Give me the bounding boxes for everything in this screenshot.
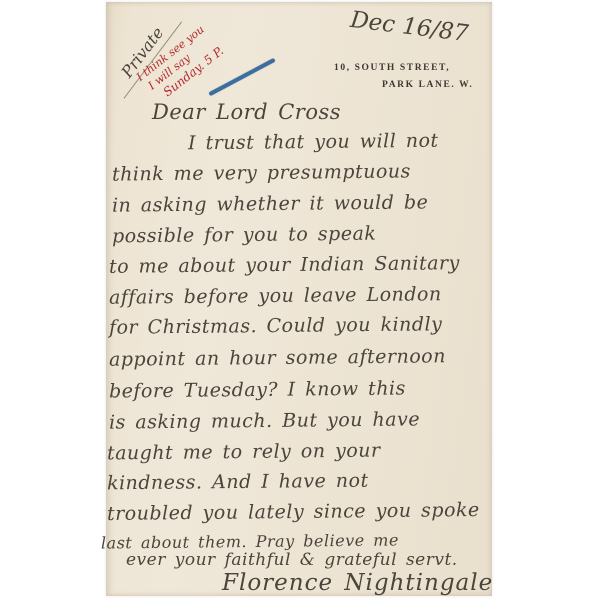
body-line: I trust that you will not <box>188 132 439 154</box>
blue-pencil-mark <box>208 58 275 96</box>
signature: Florence Nightingale <box>222 572 493 595</box>
body-line: for Christmas. Could you kindly <box>109 315 443 337</box>
letterhead-district: PARK LANE. W. <box>382 80 473 90</box>
body-line: troubled you lately since you spoke <box>107 501 480 524</box>
body-line: before Tuesday? I know this <box>109 379 406 401</box>
body-line: last about them. Pray believe me <box>101 532 399 551</box>
body-line: in asking whether it would be <box>112 193 429 215</box>
body-line: appoint an hour some afternoon <box>109 347 446 370</box>
body-line: to me about your Indian Sanitary <box>109 254 460 277</box>
closing-line: ever your faithful & grateful servt. <box>126 552 458 569</box>
body-line: taught me to rely on your <box>107 442 381 464</box>
letterhead-street: 10, SOUTH STREET, <box>334 63 450 73</box>
scan-background: Private I think see you I will say Sunda… <box>0 0 600 600</box>
letter-page: Private I think see you I will say Sunda… <box>106 2 492 596</box>
body-line: kindness. And I have not <box>107 472 369 494</box>
letter-date: Dec 16/87 <box>349 7 470 47</box>
body-line: think me very presumptuous <box>112 162 411 184</box>
body-line: is asking much. But you have <box>109 410 420 432</box>
body-line: affairs before you leave London <box>109 285 442 307</box>
body-line: possible for you to speak <box>112 225 377 247</box>
salutation: Dear Lord Cross <box>152 102 341 123</box>
